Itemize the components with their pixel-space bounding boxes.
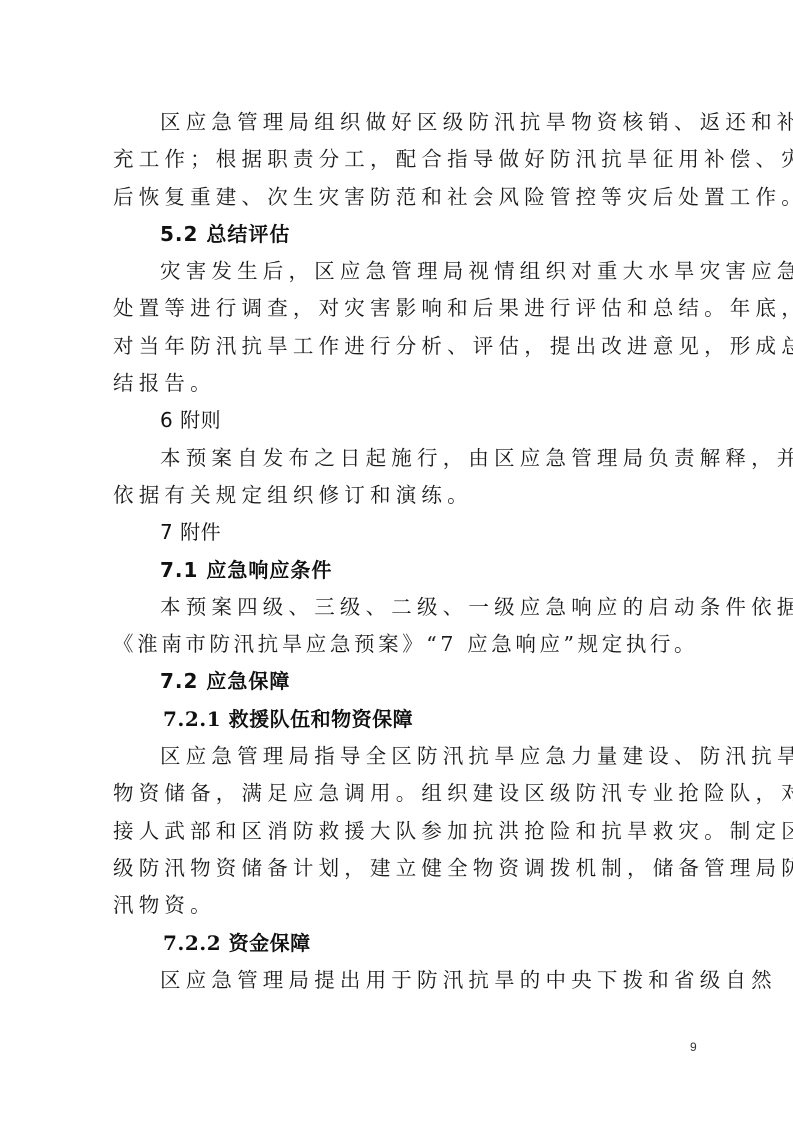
paragraph-line: 区应急管理局提出用于防汛抗旱的中央下拨和省级自然	[113, 962, 687, 999]
paragraph-line: 区应急管理局指导全区防汛抗旱应急力量建设、防汛抗旱	[113, 738, 687, 775]
paragraph-line: 本预案四级、三级、二级、一级应急响应的启动条件依据	[113, 589, 687, 626]
document-body: 区应急管理局组织做好区级防汛抗旱物资核销、返还和补 充工作；根据职责分工，配合指…	[113, 104, 687, 999]
section-heading-7-2-2: 7.2.2 资金保障	[113, 925, 687, 962]
section-heading-7: 7 附件	[113, 514, 687, 551]
section-heading-7-1: 7.1 应急响应条件	[113, 552, 687, 589]
paragraph-line: 区应急管理局组织做好区级防汛抗旱物资核销、返还和补	[113, 104, 687, 141]
paragraph-line: 物资储备，满足应急调用。组织建设区级防汛专业抢险队，对	[113, 775, 687, 812]
paragraph-line: 后恢复重建、次生灾害防范和社会风险管控等灾后处置工作。	[113, 179, 687, 216]
section-heading-7-2: 7.2 应急保障	[113, 663, 687, 700]
paragraph-line: 依据有关规定组织修订和演练。	[113, 477, 687, 514]
paragraph-line: 处置等进行调查，对灾害影响和后果进行评估和总结。年底，	[113, 290, 687, 327]
paragraph-line: 对当年防汛抗旱工作进行分析、评估，提出改进意见，形成总	[113, 328, 687, 365]
paragraph-line: 接人武部和区消防救援大队参加抗洪抢险和抗旱救灾。制定区	[113, 813, 687, 850]
section-heading-5-2: 5.2 总结评估	[113, 216, 687, 253]
page-number: 9	[690, 1040, 697, 1054]
document-page: 区应急管理局组织做好区级防汛抗旱物资核销、返还和补 充工作；根据职责分工，配合指…	[0, 0, 793, 1122]
paragraph-line: 本预案自发布之日起施行，由区应急管理局负责解释，并	[113, 440, 687, 477]
section-heading-6: 6 附则	[113, 402, 687, 439]
paragraph-line: 充工作；根据职责分工，配合指导做好防汛抗旱征用补偿、灾	[113, 141, 687, 178]
paragraph-line: 《淮南市防汛抗旱应急预案》“7 应急响应”规定执行。	[113, 626, 687, 663]
section-heading-7-2-1: 7.2.1 救援队伍和物资保障	[113, 701, 687, 738]
paragraph-line: 灾害发生后，区应急管理局视情组织对重大水旱灾害应急	[113, 253, 687, 290]
paragraph-line: 级防汛物资储备计划，建立健全物资调拨机制，储备管理局防	[113, 850, 687, 887]
paragraph-line: 结报告。	[113, 365, 687, 402]
paragraph-line: 汛物资。	[113, 887, 687, 924]
